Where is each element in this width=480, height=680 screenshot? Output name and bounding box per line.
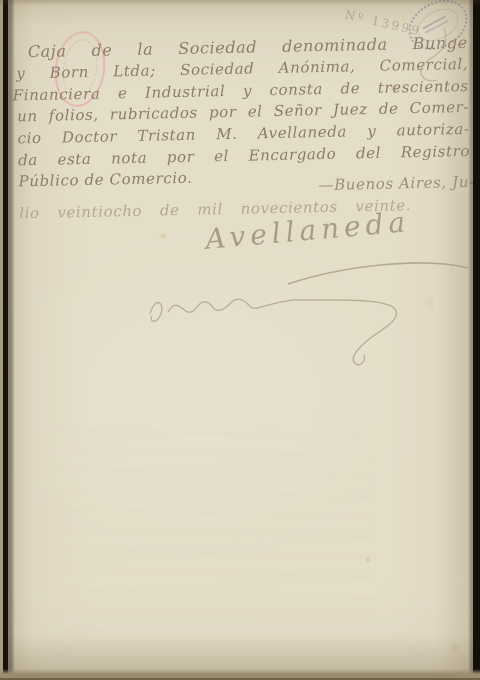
signature-underline-flourish xyxy=(288,263,468,284)
secondary-signature xyxy=(150,299,396,365)
page-right-edge xyxy=(468,0,480,680)
manuscript-line-7: Público de Comercio. xyxy=(18,168,223,193)
binding-edge xyxy=(0,0,15,680)
page-top-edge xyxy=(0,0,480,6)
scanned-page: Nº 13999 Caja de la Sociedad denominada … xyxy=(0,0,480,680)
page-bottom-edge xyxy=(0,669,480,680)
verso-show-through xyxy=(55,420,375,630)
manuscript-date-line: —Buenos Aires, Ju- xyxy=(220,173,475,199)
